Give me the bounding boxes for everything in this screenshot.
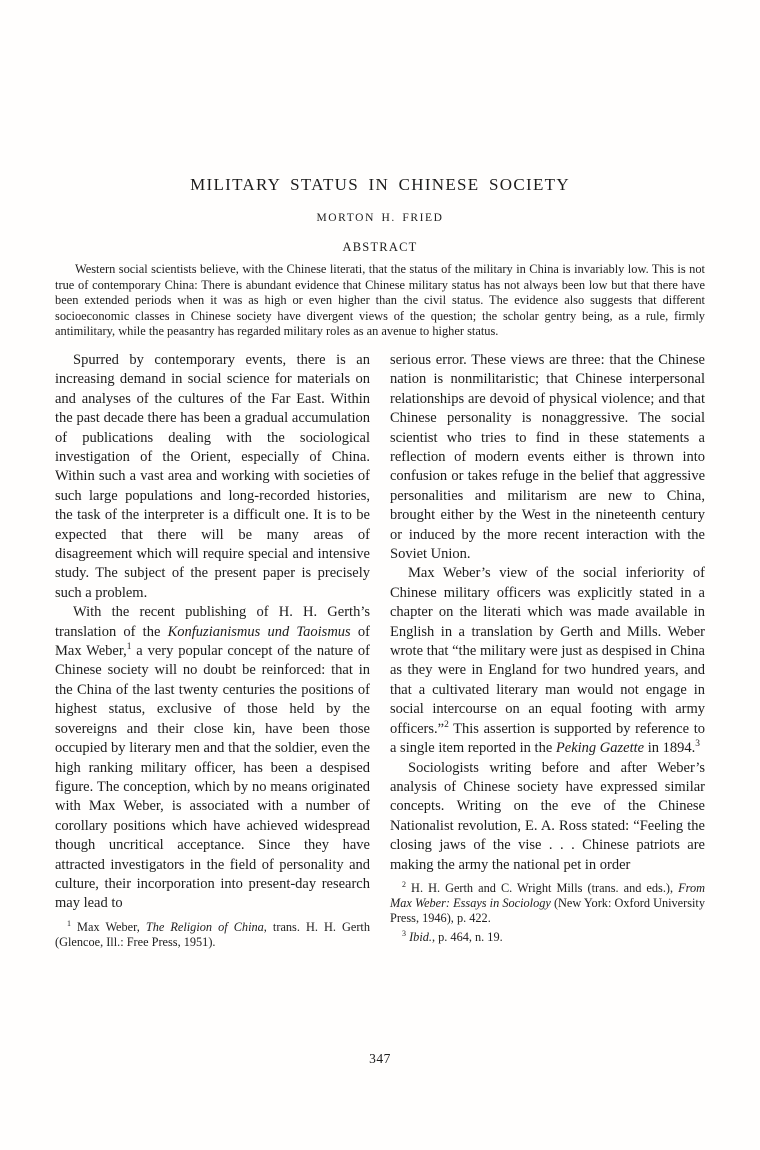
- footnote: 2 H. H. Gerth and C. Wright Mills (trans…: [390, 881, 705, 927]
- body-paragraph: Max Weber’s view of the social inferiori…: [390, 564, 705, 758]
- right-column: serious error. These views are three: th…: [390, 351, 705, 953]
- footnote: 1 Max Weber, The Religion of China, tran…: [55, 920, 370, 950]
- body-paragraph: Sociologists writing before and after We…: [390, 759, 705, 875]
- body-paragraph: With the recent publishing of H. H. Gert…: [55, 603, 370, 914]
- article-author: MORTON H. FRIED: [55, 212, 705, 224]
- article-title: MILITARY STATUS IN CHINESE SOCIETY: [55, 175, 705, 195]
- right-column-footnotes: 2 H. H. Gerth and C. Wright Mills (trans…: [390, 881, 705, 945]
- abstract-text: Western social scientists believe, with …: [55, 262, 705, 340]
- right-column-paragraphs: serious error. These views are three: th…: [390, 351, 705, 875]
- left-column-footnotes: 1 Max Weber, The Religion of China, tran…: [55, 920, 370, 950]
- body-paragraph: Spurred by contemporary events, there is…: [55, 351, 370, 603]
- page-number: 347: [0, 1051, 760, 1067]
- left-column-paragraphs: Spurred by contemporary events, there is…: [55, 351, 370, 914]
- body-paragraph: serious error. These views are three: th…: [390, 351, 705, 564]
- page-content: MILITARY STATUS IN CHINESE SOCIETY MORTO…: [55, 175, 705, 953]
- footnote: 3 Ibid., p. 464, n. 19.: [390, 930, 705, 945]
- journal-page: MILITARY STATUS IN CHINESE SOCIETY MORTO…: [0, 0, 760, 1150]
- left-column: Spurred by contemporary events, there is…: [55, 351, 370, 953]
- body-columns: Spurred by contemporary events, there is…: [55, 351, 705, 953]
- abstract-heading: ABSTRACT: [55, 240, 705, 255]
